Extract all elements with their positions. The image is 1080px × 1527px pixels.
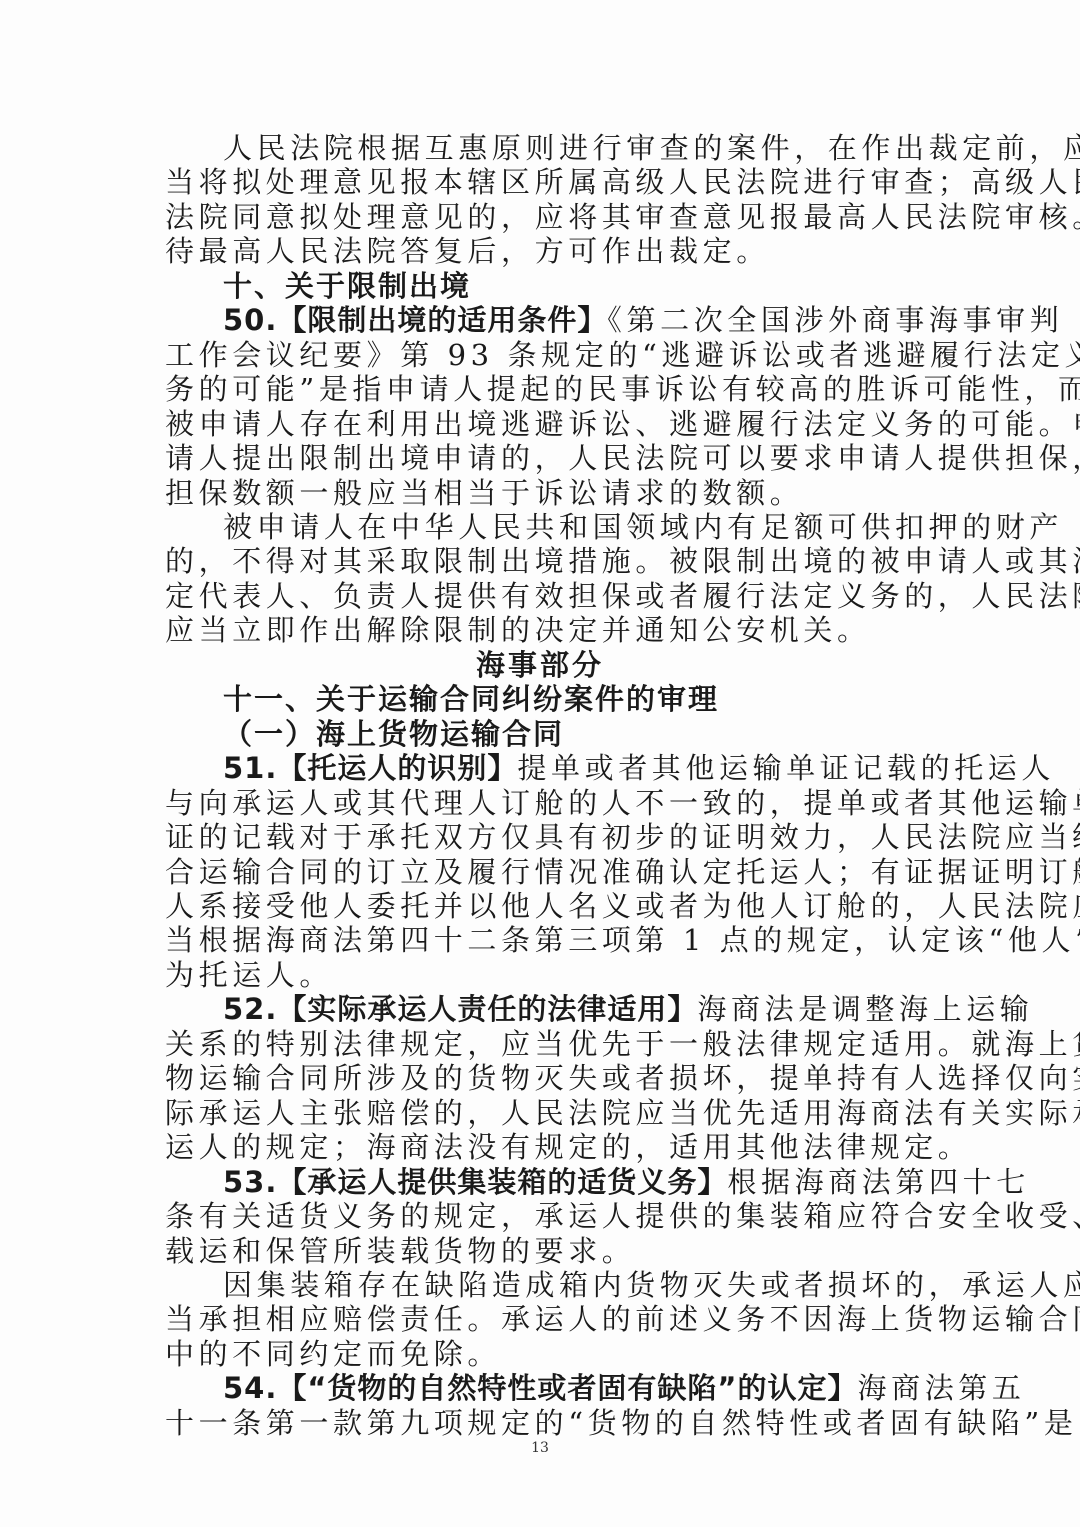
paragraph-line: 载运和保管所装载货物的要求。 [165,1234,915,1268]
paragraph-line: 当承担相应赔偿责任。承运人的前述义务不因海上货物运输合同 [165,1302,915,1336]
article-number: 53. [223,1165,277,1199]
paragraph-line: 定代表人、负责人提供有效担保或者履行法定义务的，人民法院 [165,579,915,613]
article-number: 54. [223,1371,277,1405]
article-first-line: 51.【托运人的识别】提单或者其他运输单证记载的托运人 [165,751,915,785]
paragraph-line: 工作会议纪要》第 93 条规定的“逃避诉讼或者逃避履行法定义 [165,338,915,372]
paragraph-line: 务的可能”是指申请人提起的民事诉讼有较高的胜诉可能性，而 [165,372,915,406]
article-first-line: 54.【“货物的自然特性或者固有缺陷”的认定】海商法第五 [165,1371,915,1405]
article-number: 51. [223,751,277,785]
article-title: 【托运人的识别】 [277,751,517,785]
article-text: 根据海商法第四十七 [727,1165,1029,1199]
article-number: 52. [223,992,277,1026]
section-heading: 十、关于限制出境 [165,269,915,303]
article-text: 提单或者其他运输单证记载的托运人 [517,751,1055,785]
paragraph-line: 条有关适货义务的规定，承运人提供的集装箱应符合安全收受、 [165,1199,915,1233]
paragraph-line: 因集装箱存在缺陷造成箱内货物灭失或者损坏的，承运人应 [165,1268,915,1302]
paragraph-line: 运人的规定；海商法没有规定的，适用其他法律规定。 [165,1130,915,1164]
article-first-line: 53.【承运人提供集装箱的适货义务】根据海商法第四十七 [165,1165,915,1199]
article-title: 【“货物的自然特性或者固有缺陷”的认定】 [277,1371,857,1405]
article-text: 《第二次全国涉外商事海事审判 [607,303,1063,337]
paragraph-line: 法院同意拟处理意见的，应将其审查意见报最高人民法院审核。 [165,200,915,234]
article-number: 50. [223,303,277,337]
paragraph-line: 人民法院根据互惠原则进行审查的案件，在作出裁定前，应 [165,131,915,165]
paragraph-line: 的，不得对其采取限制出境措施。被限制出境的被申请人或其法 [165,544,915,578]
part-heading: 海事部分 [165,648,915,682]
paragraph-line: 请人提出限制出境申请的，人民法院可以要求申请人提供担保， [165,441,915,475]
paragraph-line: 合运输合同的订立及履行情况准确认定托运人；有证据证明订舱 [165,855,915,889]
paragraph-line: 物运输合同所涉及的货物灭失或者损坏，提单持有人选择仅向实 [165,1061,915,1095]
paragraph-line: 证的记载对于承托双方仅具有初步的证明效力，人民法院应当结 [165,820,915,854]
paragraph-line: 当将拟处理意见报本辖区所属高级人民法院进行审查；高级人民 [165,165,915,199]
article-first-line: 52.【实际承运人责任的法律适用】海商法是调整海上运输 [165,992,915,1026]
article-title: 【实际承运人责任的法律适用】 [277,992,697,1026]
article-text: 海商法是调整海上运输 [697,992,1033,1026]
document-page: 人民法院根据互惠原则进行审查的案件，在作出裁定前，应 当将拟处理意见报本辖区所属… [165,131,915,1440]
paragraph-line: 关系的特别法律规定，应当优先于一般法律规定适用。就海上货 [165,1027,915,1061]
paragraph-line: 与向承运人或其代理人订舱的人不一致的，提单或者其他运输单 [165,786,915,820]
article-title: 【限制出境的适用条件】 [277,303,607,337]
page-number: 13 [0,1440,1080,1456]
article-title: 【承运人提供集装箱的适货义务】 [277,1165,727,1199]
paragraph-line: 中的不同约定而免除。 [165,1337,915,1371]
paragraph-line: 十一条第一款第九项规定的“货物的自然特性或者固有缺陷”是 [165,1406,915,1440]
paragraph-line: 应当立即作出解除限制的决定并通知公安机关。 [165,613,915,647]
paragraph-line: 为托运人。 [165,958,915,992]
subsection-heading: （一）海上货物运输合同 [165,717,915,751]
paragraph-line: 际承运人主张赔偿的，人民法院应当优先适用海商法有关实际承 [165,1096,915,1130]
paragraph-line: 被申请人在中华人民共和国领域内有足额可供扣押的财产 [165,510,915,544]
paragraph-line: 被申请人存在利用出境逃避诉讼、逃避履行法定义务的可能。申 [165,407,915,441]
paragraph-line: 担保数额一般应当相当于诉讼请求的数额。 [165,476,915,510]
article-first-line: 50.【限制出境的适用条件】《第二次全国涉外商事海事审判 [165,303,915,337]
article-text: 海商法第五 [858,1371,1026,1405]
paragraph-line: 当根据海商法第四十二条第三项第 1 点的规定，认定该“他人” [165,923,915,957]
paragraph-line: 人系接受他人委托并以他人名义或者为他人订舱的，人民法院应 [165,889,915,923]
paragraph-line: 待最高人民法院答复后，方可作出裁定。 [165,234,915,268]
section-heading: 十一、关于运输合同纠纷案件的审理 [165,682,915,716]
